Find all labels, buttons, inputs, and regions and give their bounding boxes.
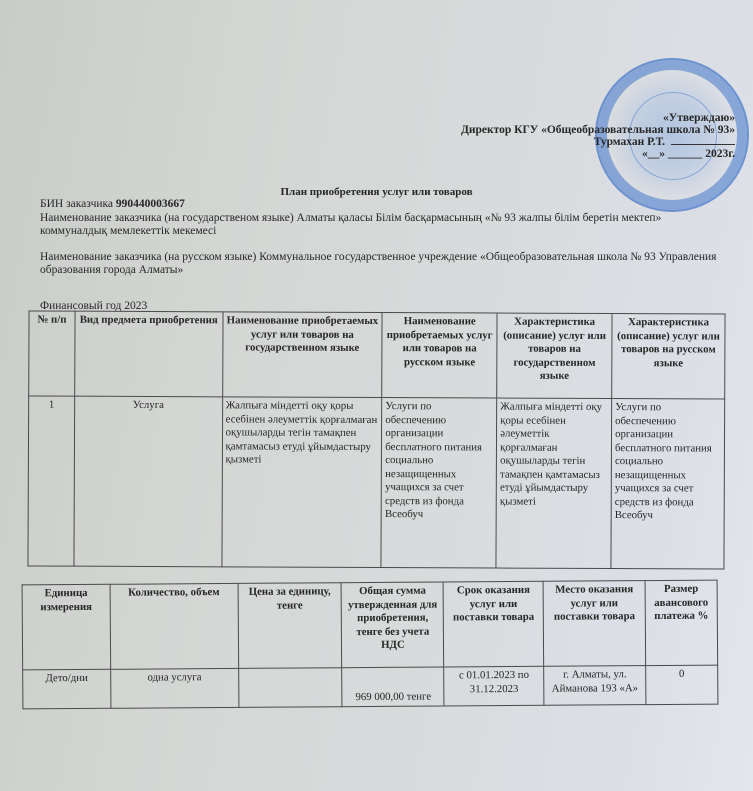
customer-name-ru-label: Наименование заказчика (на русском языке… [40, 251, 256, 263]
col-term: Срок оказания услуг или поставки товара [443, 581, 543, 667]
approval-block: «Утверждаю» Директор КГУ «Общеобразовате… [461, 112, 735, 160]
col-subject-type: Вид предмета приобретения [75, 311, 223, 397]
table-row: Дето/дни одна услуга 969 000,00 тенге с … [23, 665, 718, 709]
table-header-row: Единица измерения Количество, объем Цена… [22, 580, 718, 670]
signature-line [671, 144, 735, 145]
table-header-row: № п/п Вид предмета приобретения Наименов… [29, 311, 725, 399]
cell-description-ru: Услуги по обеспечению организации беспла… [611, 399, 725, 569]
col-advance-payment: Размер авансового платежа % [645, 580, 718, 666]
bin-line: БИН заказчика 990440003667 [40, 198, 730, 211]
customer-name-ru: Наименование заказчика (на русском языке… [40, 251, 730, 277]
col-total-amount: Общая сумма утвержденная для приобретени… [342, 582, 444, 668]
customer-name-kz-label: Наименование заказчика (на государствено… [40, 212, 294, 224]
approver-name-line: Турмахан Р.Т. [461, 136, 735, 148]
col-description-ru: Характеристика (описание) услуг или това… [612, 314, 725, 399]
bin-value: 990440003667 [116, 198, 185, 210]
cell-advance-payment: 0 [646, 665, 718, 705]
approval-label: «Утверждаю» [461, 112, 735, 124]
col-number: № п/п [29, 311, 75, 396]
cell-description-kz: Жалпыға міндетті оқу қоры есебінен әлеум… [496, 398, 612, 568]
cell-total-amount: 969 000,00 тенге [342, 667, 444, 707]
col-name-ru: Наименование приобретаемых услуг или тов… [382, 313, 497, 399]
col-description-kz: Характеристика (описание) услуг или това… [497, 313, 612, 399]
cell-unit-price [238, 668, 342, 708]
cell-name-ru: Услуги по обеспечению организации беспла… [381, 398, 497, 568]
col-place: Место оказания услуг или поставки товара [543, 581, 645, 667]
cell-subject-type: Услуга [74, 396, 222, 567]
col-unit-price: Цена за единицу, тенге [238, 583, 342, 669]
approver-name: Турмахан Р.Т. [594, 136, 665, 148]
cell-quantity: одна услуга [111, 668, 239, 708]
col-quantity: Количество, объем [110, 583, 238, 669]
bin-label: БИН заказчика [40, 198, 113, 210]
cell-number: 1 [28, 396, 75, 566]
approval-date: «__» ______ 2023г. [461, 148, 735, 160]
customer-name-kz: Наименование заказчика (на государствено… [40, 212, 730, 238]
col-name-kz: Наименование приобретаемых услуг или тов… [222, 312, 382, 398]
cell-place: г. Алматы, ул. Айманова 193 «А» [544, 666, 646, 706]
col-unit: Единица измерения [22, 584, 110, 670]
procurement-details-table: Единица измерения Количество, объем Цена… [22, 580, 719, 710]
approver-position: Директор КГУ «Общеобразовательная школа … [461, 124, 735, 136]
table-row: 1 Услуга Жалпыға міндетті оқу қоры есебі… [28, 396, 725, 569]
cell-unit: Дето/дни [23, 669, 111, 709]
cell-term: с 01.01.2023 по 31.12.2023 [444, 666, 544, 706]
document-title: План приобретения услуг или товаров [0, 186, 753, 198]
cell-name-kz: Жалпыға міндетті оқу қоры есебінен әлеум… [222, 397, 382, 568]
procurement-items-table: № п/п Вид предмета приобретения Наименов… [27, 310, 725, 569]
